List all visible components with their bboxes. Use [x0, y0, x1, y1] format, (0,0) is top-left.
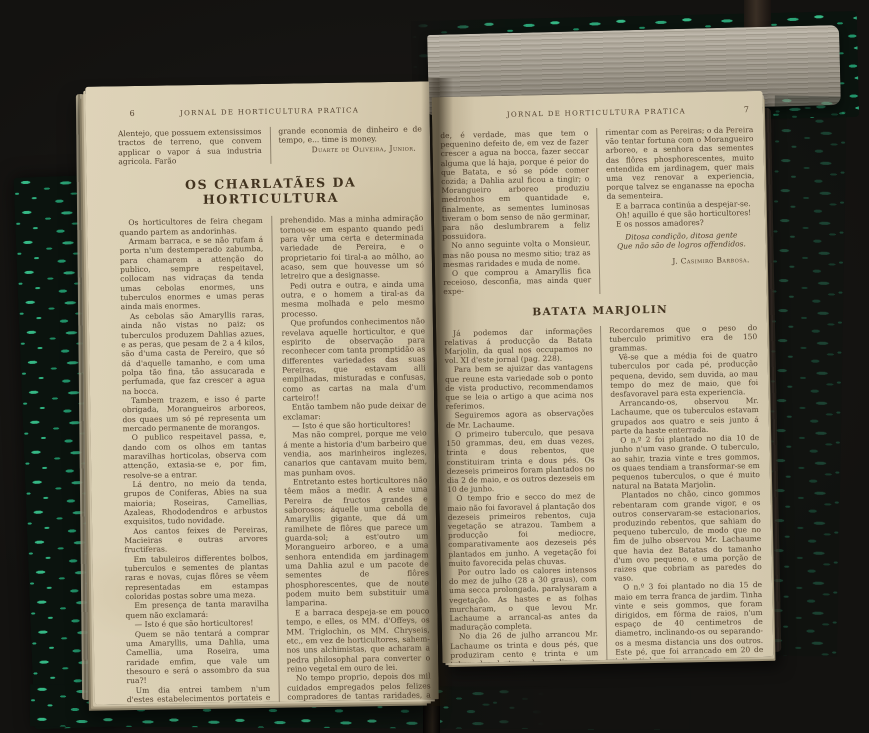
left-article-col2: prehendido. Mas a minha admiração tornou… [271, 214, 432, 705]
left-article: Os horticultores de feira chegam quando … [119, 214, 431, 705]
left-top-col1: Alentejo, que possuem extensissimos trac… [118, 127, 270, 167]
paragraph: E a barraca despeja-se em pouco tempo, e… [286, 606, 431, 674]
right-running-title: JORNAL DE HORTICULTURA PRATICA [507, 107, 686, 118]
paragraph: Armam barraca, e se não rufam á porta n'… [120, 235, 265, 312]
heading-os-charlataes: OS CHARLATÃES DA HORTICULTURA [119, 174, 423, 209]
paragraph: Que profundos conhecimentos não revelava… [281, 317, 426, 403]
paragraph: O tempo frio e secco do mez de maio não … [447, 491, 596, 567]
paragraph: prehendido. Mas a minha admiração tornou… [280, 214, 425, 282]
paragraph: Mas não comprei, porque me veio á mente … [283, 429, 427, 478]
paragraph: Por outro lado os calores intensos do me… [449, 565, 598, 632]
left-top-col2: grande economia de dinheiro e de tempo, … [269, 124, 422, 164]
heading-batata-marjolin: BATATA MARJOLIN [444, 302, 757, 320]
paragraph: rimentar com as Pereiras; o da Pereira v… [605, 125, 754, 201]
paragraph: de, é verdade, mas que tem o pequenino d… [440, 128, 590, 241]
book-photograph: 6 JORNAL DE HORTICULTURA PRATICA Alentej… [0, 0, 869, 733]
paragraph: Lá dentro, no meio da tenda, grupos de C… [123, 478, 267, 527]
paragraph: O n.º 3 foi plantado no dia 15 de maio e… [614, 580, 764, 663]
paragraph: Em presença de tanta maravilha quem não … [125, 599, 269, 620]
book-stand [423, 694, 440, 733]
left-top-section: Alentejo, que possuem extensissimos trac… [118, 124, 423, 166]
right-page-number: 7 [744, 105, 749, 114]
paragraph: E os nossos amadores? [607, 217, 755, 229]
paragraph: As cebolas são Amaryllis raras, ainda nã… [121, 310, 266, 396]
paragraph: Que não são de logros offendidos. [607, 239, 755, 251]
right-top-section: de, é verdade, mas que tem o pequenino d… [440, 125, 756, 297]
paragraph: Vê-se que a média foi de quatro tubercul… [610, 350, 759, 399]
paragraph: Para bem se ajuizar das vantagens que re… [445, 363, 594, 412]
paragraph: O publico respeitavel passa, e, dando co… [123, 431, 267, 480]
left-page: 6 JORNAL DE HORTICULTURA PRATICA Alentej… [85, 81, 439, 704]
paragraph: Já podemos dar informações relativas á p… [444, 326, 593, 366]
left-running-title: JORNAL DE HORTICULTURA PRATICA [180, 106, 359, 117]
paragraph: Plantados no chão, cinco gommos rebentar… [612, 488, 762, 583]
paragraph: Quem se não tentará a comprar uma Amaryl… [126, 627, 270, 685]
left-page-number: 6 [130, 109, 135, 118]
paragraph: Os horticultores de feira chegam quando … [119, 216, 263, 237]
right-page-header: JORNAL DE HORTICULTURA PRATICA 7 [440, 106, 753, 120]
paragraph: O n.º 2 foi plantado no dia 10 de junho … [611, 433, 760, 491]
left-page-header: 6 JORNAL DE HORTICULTURA PRATICA [118, 105, 422, 118]
paragraph: Alentejo, que possuem extensissimos trac… [118, 127, 262, 167]
paragraph: Recordaremos que o peso do tuberculo pri… [609, 323, 758, 353]
paragraph: Entretanto estes horticultores não têem … [284, 475, 430, 608]
paragraph: grande economia de dinheiro e de tempo, … [278, 124, 422, 145]
paragraph: No anno seguinte volta o Monsieur, mas n… [442, 239, 591, 269]
left-article-col1: Os horticultores de feira chegam quando … [119, 216, 279, 704]
paragraph: O que comprou a Amaryllis fica receioso,… [443, 266, 592, 296]
paragraph: No dia 26 de julho arrancou Mr. Lachaume… [450, 629, 599, 663]
right-article: Já podemos dar informações relativas á p… [444, 323, 764, 663]
paragraph: Aos cantos feixes de Pereiras, Macieiras… [124, 525, 268, 555]
right-top-col1: de, é verdade, mas que tem o pequenino d… [440, 128, 599, 297]
paragraph: Em tabuleiros differentes bolbos, tuberc… [125, 553, 269, 602]
paragraph: Então tambem não pude deixar de exclamar… [283, 401, 427, 422]
paragraph: J. Casimiro Barbosa. [608, 255, 756, 267]
right-top-col2: rimentar com as Pereiras; o da Pereira v… [596, 125, 756, 294]
paragraph: No tempo proprio, depois dos mil cuidado… [287, 672, 431, 705]
paragraph: Um dia entrei tambem n'um d'estes estabe… [127, 683, 271, 704]
paragraph: Tambem trazem, e isso é parte obrigada, … [122, 394, 266, 434]
right-article-col2: Recordaremos que o peso do tuberculo pri… [600, 323, 764, 663]
paragraph: Arrancando-os, observou Mr. Lachaume, qu… [610, 396, 759, 436]
paragraph: O primeiro tuberculo, que pesava 150 gra… [446, 427, 595, 494]
paragraph: Pedi outra e outra, e ainda uma outra, e… [281, 279, 425, 319]
right-page: JORNAL DE HORTICULTURA PRATICA 7 de, é v… [432, 91, 774, 663]
right-article-col1: Já podemos dar informações relativas á p… [444, 326, 607, 663]
